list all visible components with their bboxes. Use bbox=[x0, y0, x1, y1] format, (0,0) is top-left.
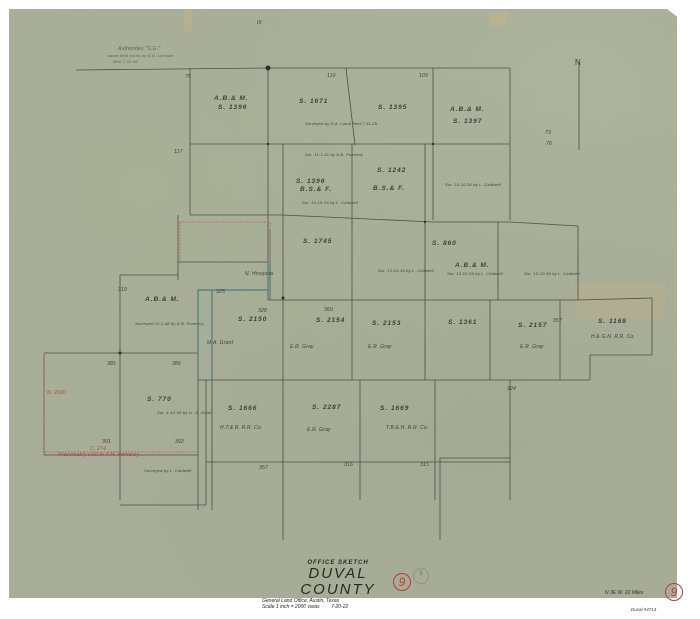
sheet-number-circle: 9 bbox=[393, 573, 411, 591]
survey-label: S. 1361 bbox=[448, 319, 477, 326]
survey-label: A.B.& M. bbox=[145, 296, 180, 303]
title-county: DUVAL COUNTY bbox=[268, 566, 408, 598]
section-number: 324 bbox=[507, 386, 516, 392]
authorities-note: Authorities "S.G." bbox=[118, 46, 160, 52]
survey-label: S. 2287 bbox=[312, 404, 341, 411]
survey-label: S. 1671 bbox=[299, 98, 328, 105]
field-note-label: Sur. 10-10-36 by L. Caldwell bbox=[445, 182, 501, 187]
top-mark: III bbox=[257, 20, 262, 26]
section-number: 316 bbox=[344, 462, 353, 468]
field-note-label: Sur. 4-10-36 by Lt. S. Grant bbox=[157, 410, 212, 415]
section-number: 360 bbox=[324, 307, 333, 313]
survey-label: S. 2153 bbox=[372, 320, 401, 327]
survey-label: S. 2157 bbox=[518, 322, 547, 329]
section-number: 392 bbox=[175, 439, 184, 445]
grantee-label: E.R. Gray bbox=[307, 427, 331, 433]
field-note-label: Surveyed by L. Caldwell bbox=[144, 468, 192, 473]
grantee-label: E.R. Gray bbox=[520, 344, 544, 350]
field-note-line: same field notes by S.G. Lacoste bbox=[108, 53, 173, 58]
survey-label: A.B.& M. bbox=[455, 262, 490, 269]
section-number: 109 bbox=[419, 73, 428, 79]
red-annotation: Presumably sold to A.H. Pomeroy bbox=[58, 452, 139, 458]
catalog-stamp: Duval #4713 bbox=[631, 607, 656, 612]
field-note-label: Sur. 10-16-36 by L. Caldwell bbox=[302, 200, 358, 205]
red-annotation: N. 2000 bbox=[47, 390, 66, 396]
section-number: 357 bbox=[553, 318, 562, 324]
survey-label: S. 1396 bbox=[218, 104, 247, 111]
section-number: 110 bbox=[327, 73, 336, 79]
north-arrow-label: N bbox=[575, 58, 581, 67]
section-number: 386 bbox=[172, 361, 181, 367]
section-number: 385 bbox=[107, 361, 116, 367]
survey-label: S. 1669 bbox=[380, 405, 409, 412]
survey-label: S. 1168 bbox=[598, 318, 627, 325]
grantee-label: M.A. Grant bbox=[207, 340, 233, 346]
section-number: 391 bbox=[102, 439, 111, 445]
field-note-label: Sur. 10-10-36 by L. Caldwell bbox=[447, 271, 503, 276]
grantee-label: N. Hinojosa bbox=[245, 271, 273, 277]
filed-date-note: filed 7-31-06 bbox=[113, 59, 138, 64]
grantee-label: E.R. Gray bbox=[290, 344, 314, 350]
section-number: 357 bbox=[259, 465, 268, 471]
section-number: 325 bbox=[216, 289, 225, 295]
grantee-label: H.T.& B. R.R. Co. bbox=[220, 425, 262, 431]
field-note-label: Sur. 10-10-36 by L. Caldwell bbox=[524, 271, 580, 276]
survey-label: S. 2150 bbox=[238, 316, 267, 323]
pencil-circle-mark: 5 bbox=[413, 568, 429, 584]
section-number: 319 bbox=[118, 287, 127, 293]
section-number: 73 bbox=[545, 130, 551, 136]
survey-label: B.S.& F. bbox=[300, 186, 332, 193]
survey-label: S. 1745 bbox=[303, 238, 332, 245]
grantee-label: E.R. Gray bbox=[368, 344, 392, 350]
scale-line: Scale 1 inch = 2000 varas 7-20-22 bbox=[262, 604, 408, 610]
survey-label: S. 1666 bbox=[228, 405, 257, 412]
survey-label: S. 1397 bbox=[453, 118, 482, 125]
survey-linework bbox=[0, 0, 700, 619]
grantee-label: T.B.&.H. R.R. Co. bbox=[386, 425, 428, 431]
survey-label: B.S.& F. bbox=[373, 185, 405, 192]
survey-label: S. 770 bbox=[147, 396, 172, 403]
survey-label: S. 860 bbox=[432, 240, 457, 247]
field-note-label: Sur. 11-1-51 by A.B. Pomeroy bbox=[305, 152, 363, 157]
survey-label: S. 1242 bbox=[377, 167, 406, 174]
section-number: 117 bbox=[174, 149, 183, 155]
field-note-label: Sur. 10-10-36 by L. Caldwell bbox=[378, 268, 434, 273]
survey-label: S. 1396 bbox=[296, 178, 325, 185]
corner-ref: N 3E W. 22 Miles bbox=[605, 590, 643, 596]
field-note-label: Surveyed 11-2-48 by A.B. Pomeroy bbox=[135, 321, 204, 326]
section-number: 328 bbox=[258, 308, 267, 314]
scale-text: Scale 1 inch = 2000 varas bbox=[262, 604, 320, 610]
survey-label: S. 2154 bbox=[316, 317, 345, 324]
survey-label: A.B.& M. bbox=[450, 106, 485, 113]
grantee-label: H.& G.N. R.R. Co. bbox=[591, 334, 635, 340]
survey-label: A.B.& M. bbox=[214, 95, 249, 102]
title-block: OFFICE SKETCH DUVAL COUNTY General Land … bbox=[268, 560, 408, 610]
section-number: 76 bbox=[546, 141, 552, 147]
field-note-label: Surveyed by S.A. Lamb filed 7-11-29 bbox=[305, 121, 377, 126]
date-text: 7-20-22 bbox=[331, 604, 348, 610]
section-number: 315 bbox=[420, 462, 429, 468]
corner-sheet-circle: 9 bbox=[665, 583, 683, 601]
survey-label: S. 1395 bbox=[378, 104, 407, 111]
section-number: 75 bbox=[185, 74, 191, 80]
